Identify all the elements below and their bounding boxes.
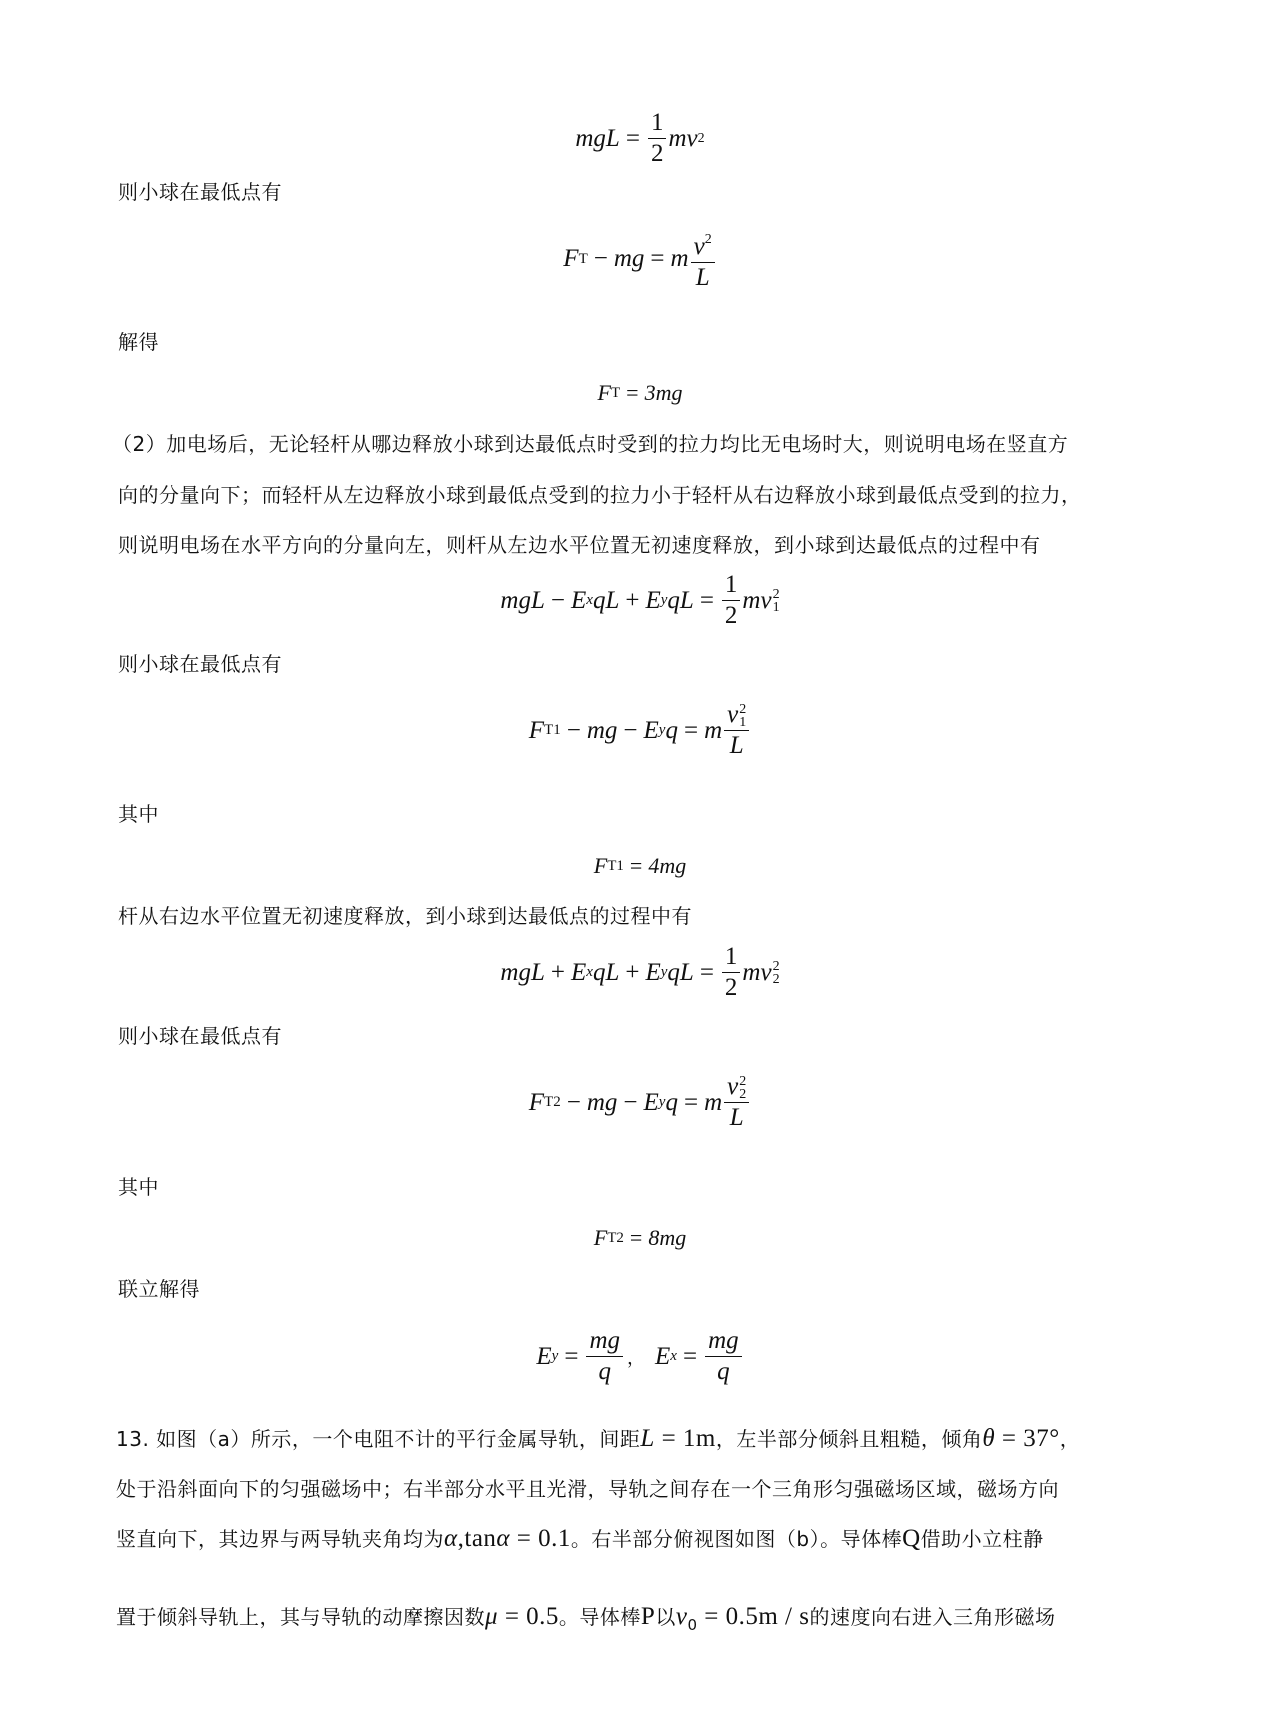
text: ， <box>1060 1427 1081 1451</box>
subscript: x <box>670 1348 677 1365</box>
subscript: y <box>552 1348 559 1365</box>
math: μ <box>485 1603 498 1630</box>
math: α <box>444 1525 458 1552</box>
subscript: T <box>611 385 620 402</box>
equation-energy-left: mgL − ExqL + EyqL = 12 mv21 <box>0 570 1280 631</box>
eq-term: qL <box>667 587 693 615</box>
eq-term: mgL <box>500 959 544 987</box>
eq-term: q <box>665 1089 678 1117</box>
eq-term: m <box>671 245 689 273</box>
subscript: x <box>586 964 593 981</box>
text-line: 其中 <box>118 802 159 826</box>
math: Q <box>902 1525 921 1552</box>
question-13-line-4: 置于倾斜导轨上，其与导轨的动摩擦因数μ = 0.5。导体棒P以v0 = 0.5m… <box>116 1605 1055 1637</box>
subscript: T1 <box>544 722 561 739</box>
subscript: 1 <box>739 716 746 729</box>
eq-term: F <box>594 1225 607 1251</box>
math: = 0.5 <box>498 1603 559 1630</box>
eq-term: F <box>563 245 578 273</box>
frac-den: 2 <box>722 973 741 1003</box>
equation-field-result: Ey = mgq ， Ex = mgq <box>0 1326 1280 1387</box>
question-13-line-1: 13. 如图（a）所示，一个电阻不计的平行金属导轨，间距L = 1m，左半部分倾… <box>116 1427 1080 1451</box>
eq-term: mg <box>587 717 618 745</box>
frac-num: mg <box>705 1326 742 1357</box>
equation-tension-right: FT2 − mg − Eyq = m v22L <box>0 1072 1280 1133</box>
eq-term: E <box>571 959 586 987</box>
math: = 37° <box>995 1425 1060 1452</box>
subscript: 2 <box>739 1088 746 1101</box>
superscript: 2 <box>705 232 712 247</box>
eq-term: mgL <box>575 125 619 153</box>
text: 置于倾斜导轨上，其与导轨的动摩擦因数 <box>116 1605 485 1629</box>
subscript: y <box>659 1094 666 1111</box>
eq-term: mv <box>742 587 771 615</box>
eq-term: E <box>571 587 586 615</box>
text: 竖直向下，其边界与两导轨夹角均为 <box>116 1527 444 1551</box>
separator: ， <box>627 1344 645 1370</box>
eq-term: E <box>645 587 660 615</box>
math: = 0.5m / s <box>697 1603 809 1630</box>
text-line: 向的分量向下；而轻杆从左边释放小球到最低点受到的拉力小于轻杆从右边释放小球到最低… <box>118 483 1082 507</box>
frac-num: 1 <box>722 942 741 973</box>
subscript: y <box>661 964 668 981</box>
text: 借助小立柱静 <box>921 1527 1044 1551</box>
eq-term: 8mg <box>648 1225 686 1251</box>
text-line: 则小球在最低点有 <box>118 180 282 204</box>
subscript: T2 <box>607 1230 624 1247</box>
eq-term: v <box>727 1073 738 1100</box>
text: 的速度向右进入三角形磁场 <box>809 1605 1055 1629</box>
superscript: 2 <box>773 588 780 601</box>
math: ,tan <box>458 1525 497 1552</box>
eq-term: v <box>727 701 738 728</box>
subscript: T <box>579 251 588 268</box>
subscript: y <box>661 592 668 609</box>
frac-den: L <box>727 1103 747 1133</box>
frac-den: 2 <box>648 139 667 169</box>
math: θ <box>982 1425 995 1452</box>
equation-tension-no-field: FT − mg = m v2L <box>0 225 1280 293</box>
frac-den: q <box>595 1357 614 1387</box>
text-line: 其中 <box>118 1175 159 1199</box>
eq-term: E <box>645 959 660 987</box>
subscript: x <box>586 592 593 609</box>
text-line: 杆从右边水平位置无初速度释放，到小球到达最低点的过程中有 <box>118 904 692 928</box>
text-line: 解得 <box>118 330 159 354</box>
text-line: 则说明电场在水平方向的分量向左，则杆从左边水平位置无初速度释放，到小球到达最低点… <box>118 533 1041 557</box>
subscript: 0 <box>687 1616 697 1634</box>
eq-term: m <box>704 717 722 745</box>
text-line: 则小球在最低点有 <box>118 1024 282 1048</box>
text: 。右半部分俯视图如图（b）。导体棒 <box>571 1527 902 1551</box>
text: 以 <box>655 1605 676 1629</box>
math: α <box>496 1525 510 1552</box>
math: v <box>676 1603 688 1630</box>
equation-energy-right: mgL + ExqL + EyqL = 12 mv22 <box>0 942 1280 1003</box>
frac-num: 1 <box>648 108 667 139</box>
eq-term: E <box>655 1343 670 1371</box>
eq-term: 3mg <box>645 380 683 406</box>
eq-term: 4mg <box>648 853 686 879</box>
equation-energy-no-field: mgL = 12 mv2 <box>0 108 1280 169</box>
text: 。导体棒 <box>559 1605 641 1629</box>
eq-term: F <box>529 1089 544 1117</box>
subscript: 1 <box>773 601 780 614</box>
equation-tension-right-value: FT2 = 8mg <box>0 1225 1280 1251</box>
frac-den: L <box>727 731 747 761</box>
eq-term: mgL <box>500 587 544 615</box>
equation-tension-left: FT1 − mg − Eyq = m v21L <box>0 700 1280 761</box>
math: = 1m <box>655 1425 716 1452</box>
frac-den: L <box>693 263 713 293</box>
eq-term: F <box>594 853 607 879</box>
superscript: 2 <box>698 131 705 147</box>
text-line: 则小球在最低点有 <box>118 652 282 676</box>
equation-tension-result: FT = 3mg <box>0 380 1280 406</box>
eq-term: qL <box>593 959 619 987</box>
document-page: mgL = 12 mv2 则小球在最低点有 FT − mg = m v2L 解得… <box>0 0 1280 1728</box>
equation-tension-left-value: FT1 = 4mg <box>0 853 1280 879</box>
subscript: T2 <box>544 1094 561 1111</box>
math: L <box>640 1425 654 1452</box>
subscript: 2 <box>773 973 780 986</box>
eq-term: q <box>665 717 678 745</box>
text-line: （2）加电场后，无论轻杆从哪边释放小球到达最低点时受到的拉力均比无电场时大，则说… <box>112 432 1068 456</box>
superscript: 2 <box>773 960 780 973</box>
frac-den: 2 <box>722 601 741 631</box>
text-line: 联立解得 <box>118 1277 200 1301</box>
eq-term: F <box>529 717 544 745</box>
frac-den: q <box>714 1357 733 1387</box>
math: P <box>641 1603 655 1630</box>
math: = 0.1 <box>510 1525 571 1552</box>
eq-term: F <box>598 380 611 406</box>
text: ，左半部分倾斜且粗糙，倾角 <box>716 1427 983 1451</box>
frac-num: 1 <box>722 570 741 601</box>
eq-term: qL <box>667 959 693 987</box>
eq-term: v <box>694 233 705 260</box>
question-13-line-3: 竖直向下，其边界与两导轨夹角均为α,tanα = 0.1。右半部分俯视图如图（b… <box>116 1527 1044 1551</box>
subscript: T1 <box>607 858 624 875</box>
question-13-line-2: 处于沿斜面向下的匀强磁场中；右半部分水平且光滑，导轨之间存在一个三角形匀强磁场区… <box>116 1477 1059 1501</box>
eq-term: mg <box>587 1089 618 1117</box>
eq-term: mv <box>742 959 771 987</box>
eq-term: mg <box>614 245 645 273</box>
eq-term: m <box>704 1089 722 1117</box>
subscript: y <box>659 722 666 739</box>
eq-term: E <box>536 1343 551 1371</box>
frac-num: mg <box>586 1326 623 1357</box>
eq-term: E <box>644 717 659 745</box>
eq-term: E <box>644 1089 659 1117</box>
eq-term: qL <box>593 587 619 615</box>
eq-term: mv <box>668 125 697 153</box>
text: 13. 如图（a）所示，一个电阻不计的平行金属导轨，间距 <box>116 1427 640 1451</box>
